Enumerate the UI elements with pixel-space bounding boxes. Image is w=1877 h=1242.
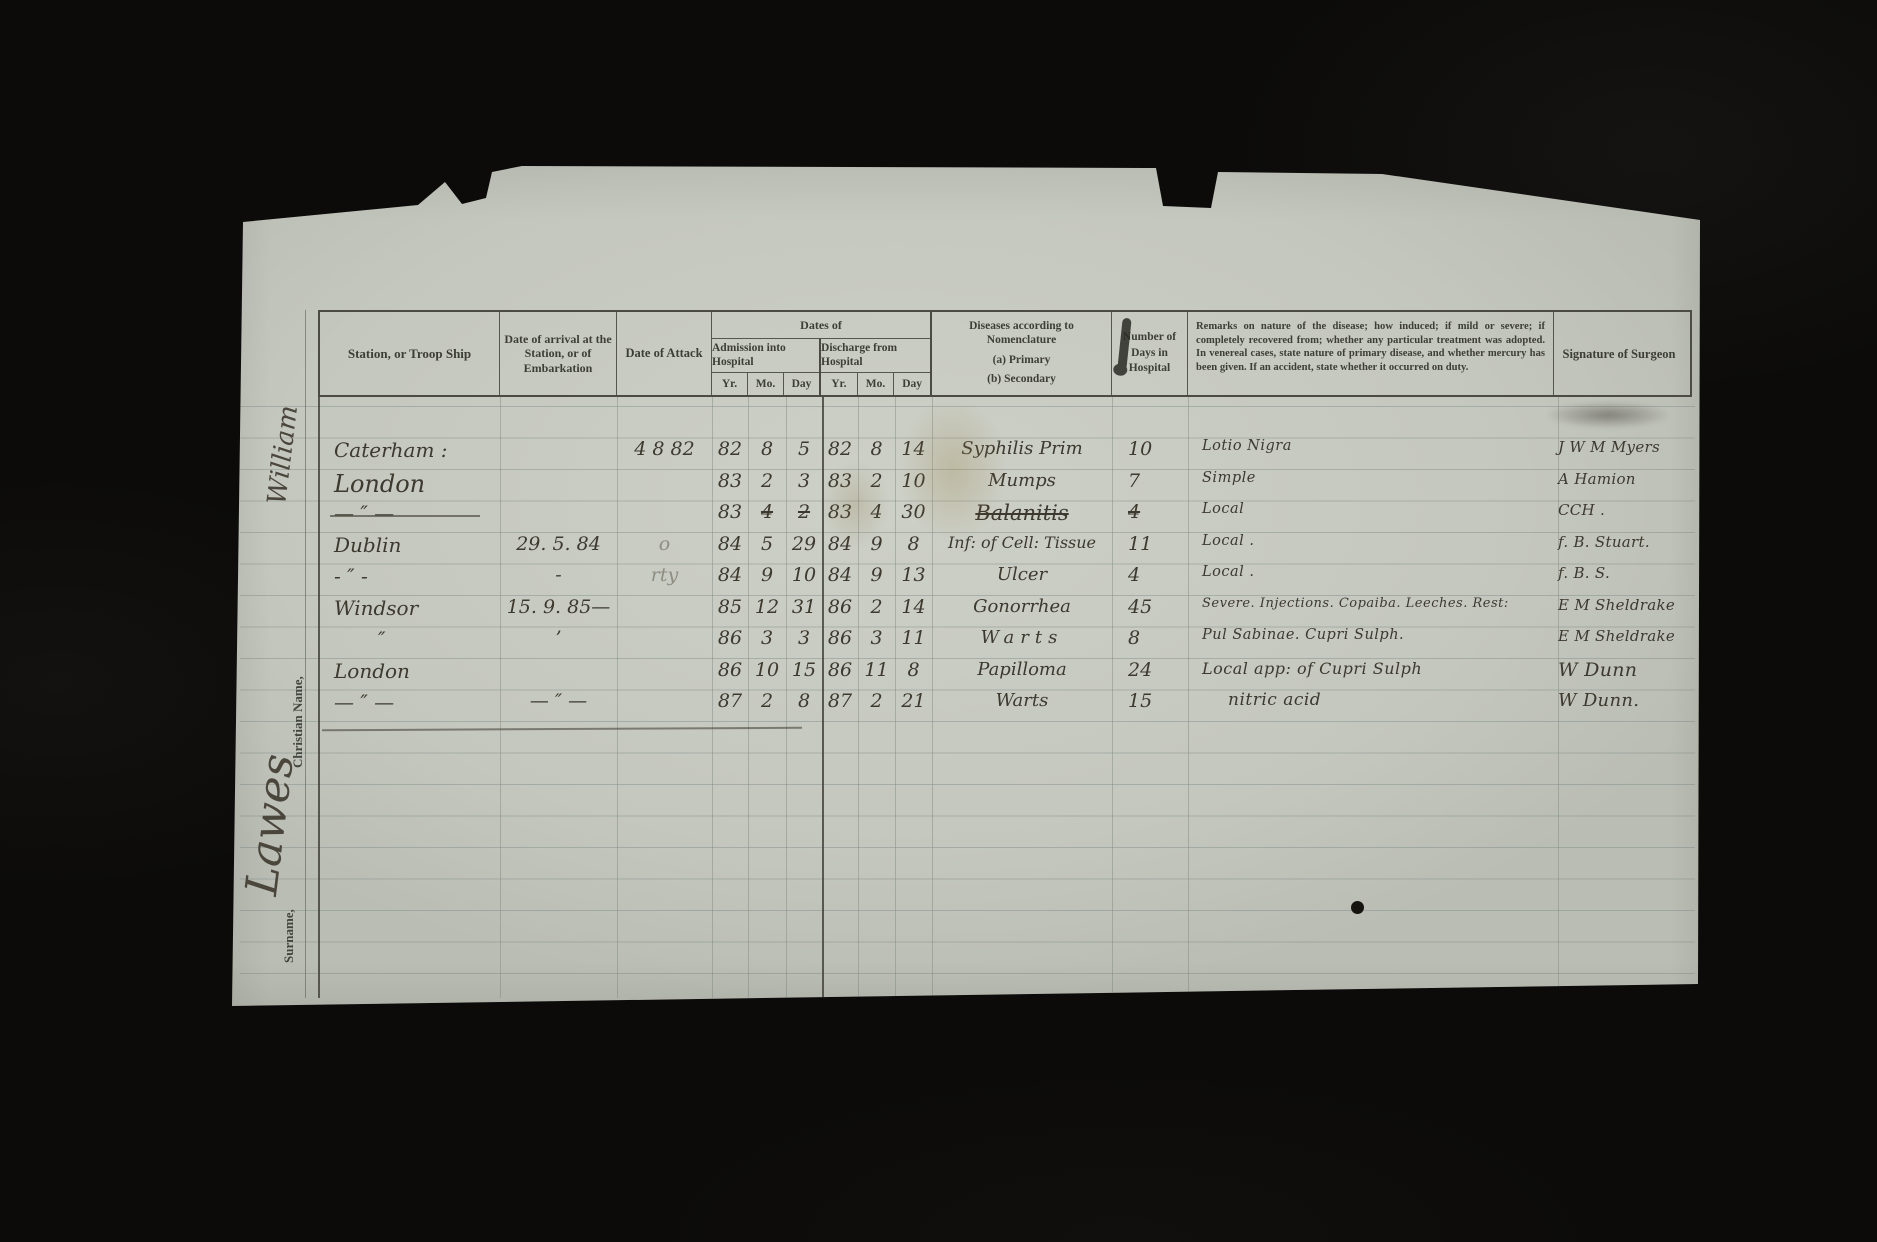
paper-stain bbox=[898, 395, 1008, 545]
header-attack: Date of Attack bbox=[617, 312, 712, 395]
header-admission-group: Admission into Hospital Yr. Mo. Day bbox=[712, 339, 821, 395]
table-header: Station, or Troop Ship Date of arrival a… bbox=[318, 310, 1692, 397]
table-row: - ″ - - rty 84 9 10 84 9 13 Ulcer 4 Loca… bbox=[318, 564, 1692, 596]
row-arrival: 15. 9. 85— bbox=[500, 596, 617, 628]
row-station: - ″ - bbox=[318, 564, 500, 596]
table-row: — ″ — 83 4 2 83 4 30 Balanitis 4 Local C… bbox=[318, 501, 1692, 533]
row-attack: rty bbox=[617, 564, 712, 596]
row-attack bbox=[617, 627, 712, 659]
row-attack: o bbox=[617, 533, 712, 565]
row-days: 11 bbox=[1112, 533, 1188, 565]
header-dis-mo: Mo. bbox=[858, 373, 895, 395]
row-signature: CCH . bbox=[1558, 501, 1692, 533]
row-station: London bbox=[318, 470, 500, 502]
row-remarks: nitric acid bbox=[1188, 690, 1558, 722]
row-dis-yr: 86 bbox=[822, 659, 858, 691]
row-adm-yr: 82 bbox=[712, 438, 748, 470]
row-adm-yr: 84 bbox=[712, 564, 748, 596]
row-attack: 4 8 82 bbox=[617, 438, 712, 470]
row-signature: J W M Myers bbox=[1558, 438, 1692, 470]
row-arrival: 29. 5. 84 bbox=[500, 533, 617, 565]
row-adm-mo: 5 bbox=[748, 533, 786, 565]
row-adm-mo: 3 bbox=[748, 627, 786, 659]
row-dis-day: 14 bbox=[895, 596, 932, 628]
row-remarks: Local . bbox=[1188, 564, 1558, 596]
row-attack bbox=[617, 501, 712, 533]
row-dis-yr: 87 bbox=[822, 690, 858, 722]
row-dis-yr: 86 bbox=[822, 596, 858, 628]
record-sheet-paper: Station, or Troop Ship Date of arrival a… bbox=[230, 160, 1710, 1012]
row-adm-mo: 4 bbox=[748, 501, 786, 533]
header-discharge: Discharge from Hospital bbox=[821, 339, 930, 373]
row-days: 15 bbox=[1112, 690, 1188, 722]
row-dis-yr: 86 bbox=[822, 627, 858, 659]
header-dis-yr: Yr. bbox=[821, 373, 858, 395]
header-adm-mo: Mo. bbox=[748, 373, 784, 395]
header-admission: Admission into Hospital bbox=[712, 339, 819, 373]
row-adm-yr: 85 bbox=[712, 596, 748, 628]
row-station: ″ bbox=[318, 627, 500, 659]
row-adm-day: 10 bbox=[786, 564, 822, 596]
header-diseases-secondary: (b) Secondary bbox=[987, 373, 1056, 387]
table-row: ″ ’ 86 3 3 86 3 11 Warts 8 Pul Sabinae. … bbox=[318, 627, 1692, 659]
row-arrival: — ″ — bbox=[500, 690, 617, 722]
header-diseases-primary: (a) Primary bbox=[993, 354, 1051, 368]
row-signature: W Dunn bbox=[1558, 659, 1692, 691]
header-discharge-group: Discharge from Hospital Yr. Mo. Day bbox=[821, 339, 930, 395]
table-row: — ″ — — ″ — 87 2 8 87 2 21 Warts 15 nitr… bbox=[318, 690, 1692, 722]
row-adm-day: 3 bbox=[786, 470, 822, 502]
row-signature: A Hamion bbox=[1558, 470, 1692, 502]
row-adm-mo: 12 bbox=[748, 596, 786, 628]
row-remarks: Lotio Nigra bbox=[1188, 438, 1558, 470]
row-adm-mo: 8 bbox=[748, 438, 786, 470]
row-adm-mo: 10 bbox=[748, 659, 786, 691]
row-disease: Gonorrhea bbox=[932, 596, 1112, 628]
row-days: 4 bbox=[1112, 564, 1188, 596]
header-dis-day: Day bbox=[894, 373, 930, 395]
row-attack bbox=[617, 596, 712, 628]
header-signature: Signature of Surgeon bbox=[1554, 312, 1684, 395]
row-remarks: Pul Sabinae. Cupri Sulph. bbox=[1188, 627, 1558, 659]
row-arrival bbox=[500, 659, 617, 691]
row-adm-day: 15 bbox=[786, 659, 822, 691]
row-adm-yr: 83 bbox=[712, 470, 748, 502]
row-remarks: Local . bbox=[1188, 533, 1558, 565]
header-arrival: Date of arrival at the Station, or of Em… bbox=[500, 312, 617, 395]
row-signature: E M Sheldrake bbox=[1558, 596, 1692, 628]
row-dis-day: 13 bbox=[895, 564, 932, 596]
header-remarks: Remarks on nature of the disease; how in… bbox=[1188, 312, 1554, 395]
row-dis-mo: 11 bbox=[858, 659, 895, 691]
row-dis-mo: 2 bbox=[858, 596, 895, 628]
station-strike-line bbox=[330, 515, 480, 517]
christian-name-label: Christian Name, bbox=[290, 648, 306, 768]
row-dis-yr: 84 bbox=[822, 564, 858, 596]
row-disease: Warts bbox=[932, 627, 1112, 659]
table-row: Dublin 29. 5. 84 o 84 5 29 84 9 8 Inf: o… bbox=[318, 533, 1692, 565]
row-adm-mo: 2 bbox=[748, 690, 786, 722]
paper-stain bbox=[820, 460, 890, 550]
row-station: Caterham : bbox=[318, 438, 500, 470]
row-disease: Warts bbox=[932, 690, 1112, 722]
row-dis-mo: 9 bbox=[858, 564, 895, 596]
row-adm-mo: 2 bbox=[748, 470, 786, 502]
row-disease: Papilloma bbox=[932, 659, 1112, 691]
row-days: 45 bbox=[1112, 596, 1188, 628]
row-adm-yr: 87 bbox=[712, 690, 748, 722]
row-days: 7 bbox=[1112, 470, 1188, 502]
row-adm-mo: 9 bbox=[748, 564, 786, 596]
row-signature: f. B. Stuart. bbox=[1558, 533, 1692, 565]
row-days: 10 bbox=[1112, 438, 1188, 470]
row-dis-mo: 3 bbox=[858, 627, 895, 659]
header-dates-group: Dates of Admission into Hospital Yr. Mo.… bbox=[712, 312, 932, 395]
row-arrival: - bbox=[500, 564, 617, 596]
row-remarks: Severe. Injections. Copaiba. Leeches. Re… bbox=[1188, 596, 1558, 628]
row-dis-mo: 2 bbox=[858, 690, 895, 722]
row-dis-day: 8 bbox=[895, 659, 932, 691]
row-adm-yr: 84 bbox=[712, 533, 748, 565]
row-adm-day: 3 bbox=[786, 627, 822, 659]
row-remarks: Local bbox=[1188, 501, 1558, 533]
row-signature: f. B. S. bbox=[1558, 564, 1692, 596]
row-disease: Ulcer bbox=[932, 564, 1112, 596]
row-dis-day: 8 bbox=[895, 533, 932, 565]
row-attack bbox=[617, 690, 712, 722]
header-adm-day: Day bbox=[784, 373, 819, 395]
row-station: Windsor bbox=[318, 596, 500, 628]
row-signature: W Dunn. bbox=[1558, 690, 1692, 722]
row-remarks: Local app: of Cupri Sulph bbox=[1188, 659, 1558, 691]
row-remarks: Simple bbox=[1188, 470, 1558, 502]
row-dis-day: 11 bbox=[895, 627, 932, 659]
header-diseases-title: Diseases according to Nomenclature bbox=[936, 320, 1107, 348]
row-days: 4 bbox=[1112, 501, 1188, 533]
row-adm-yr: 83 bbox=[712, 501, 748, 533]
row-attack bbox=[617, 470, 712, 502]
row-adm-day: 5 bbox=[786, 438, 822, 470]
table-row: London 86 10 15 86 11 8 Papilloma 24 Loc… bbox=[318, 659, 1692, 691]
row-adm-day: 2 bbox=[786, 501, 822, 533]
row-arrival bbox=[500, 470, 617, 502]
row-station: Dublin bbox=[318, 533, 500, 565]
header-adm-yr: Yr. bbox=[712, 373, 748, 395]
ink-smudge bbox=[1548, 402, 1668, 428]
row-arrival bbox=[500, 501, 617, 533]
row-adm-yr: 86 bbox=[712, 659, 748, 691]
row-arrival bbox=[500, 438, 617, 470]
row-dis-day: 21 bbox=[895, 690, 932, 722]
row-adm-yr: 86 bbox=[712, 627, 748, 659]
header-dates-of: Dates of bbox=[712, 312, 930, 339]
row-station: London bbox=[318, 659, 500, 691]
row-signature: E M Sheldrake bbox=[1558, 627, 1692, 659]
hole-punch bbox=[1351, 901, 1364, 914]
row-arrival: ’ bbox=[500, 627, 617, 659]
row-attack bbox=[617, 659, 712, 691]
row-days: 24 bbox=[1112, 659, 1188, 691]
row-adm-day: 8 bbox=[786, 690, 822, 722]
row-station: — ″ — bbox=[318, 690, 500, 722]
row-days: 8 bbox=[1112, 627, 1188, 659]
header-diseases: Diseases according to Nomenclature (a) P… bbox=[932, 312, 1112, 395]
row-adm-day: 29 bbox=[786, 533, 822, 565]
row-adm-day: 31 bbox=[786, 596, 822, 628]
table-row: Windsor 15. 9. 85— 85 12 31 86 2 14 Gono… bbox=[318, 596, 1692, 628]
header-station: Station, or Troop Ship bbox=[320, 312, 500, 395]
